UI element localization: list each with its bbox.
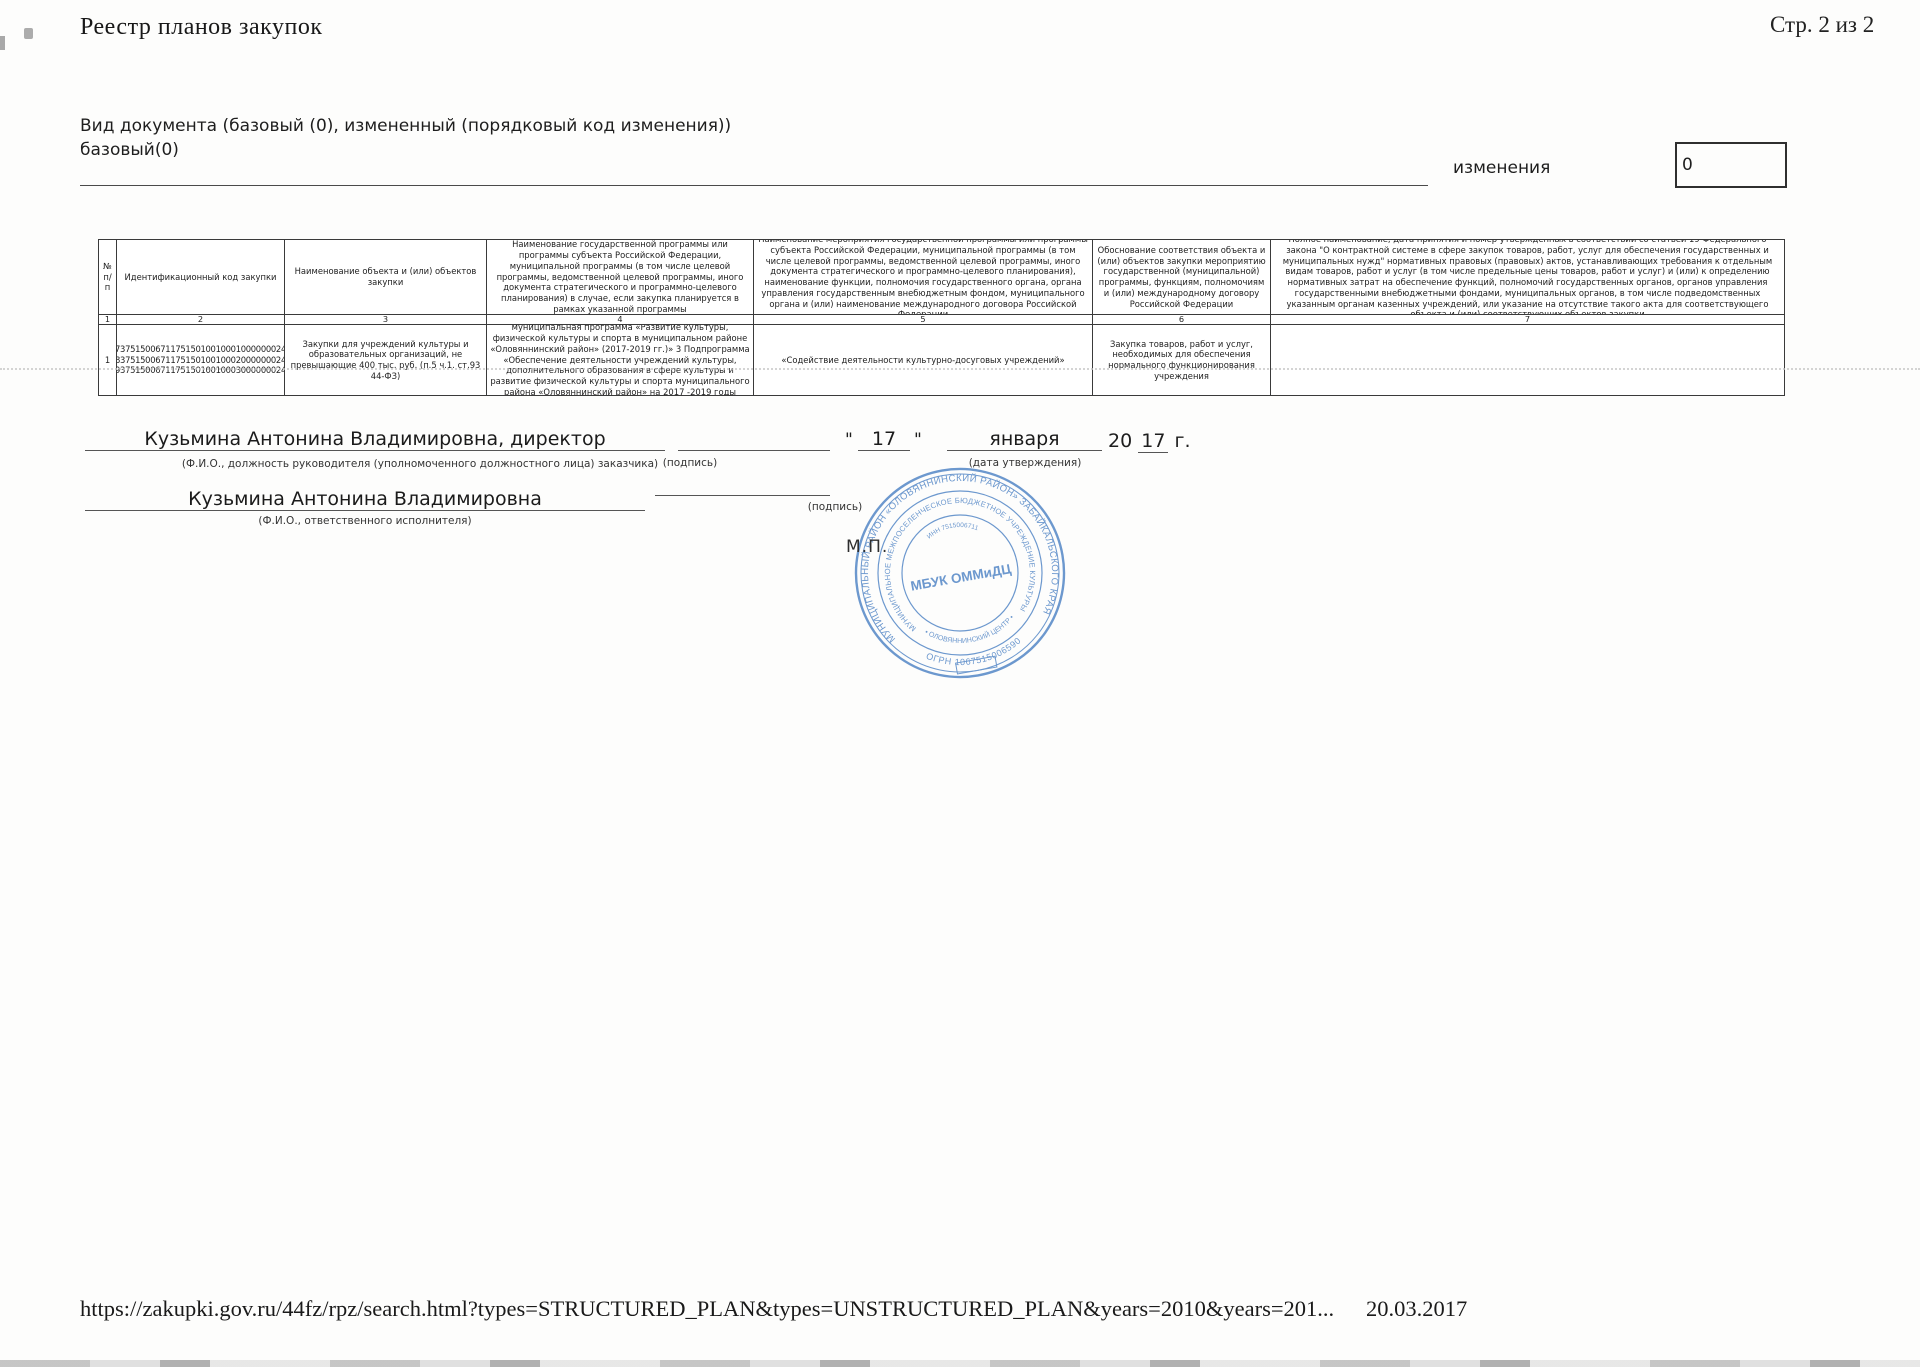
- year-value: 17: [1138, 430, 1168, 453]
- head-name: Кузьмина Антонина Владимировна, директор: [85, 428, 665, 452]
- col-header-measure: Наименование мероприятия государственной…: [754, 240, 1093, 315]
- year-prefix: 20: [1108, 430, 1132, 452]
- stamp-place-label: М.П.: [846, 537, 888, 557]
- row-justification-cell: Закупка товаров, работ и услуг, необходи…: [1093, 325, 1271, 395]
- year-suffix: г.: [1174, 430, 1190, 452]
- page-number: Стр. 2 из 2: [1770, 12, 1874, 38]
- row-id-codes-cell: 173751500671175150100100010000000244 183…: [117, 325, 285, 395]
- row-num-cell: 1: [99, 325, 117, 395]
- col-header-acts: Полное наименование, дата принятия и ном…: [1271, 240, 1784, 315]
- doc-type-rule: [80, 166, 1428, 186]
- row-object-cell: Закупки для учреждений культуры и образо…: [285, 325, 487, 395]
- scan-speck: [0, 36, 5, 50]
- scanned-document-page: Реестр планов закупок Стр. 2 из 2 Вид до…: [0, 0, 1920, 1367]
- col-header-object: Наименование объекта и (или) объектов за…: [285, 240, 487, 315]
- row-acts-cell: [1271, 325, 1784, 395]
- scan-edge-smudge: [0, 1360, 1920, 1367]
- approval-day: 17: [858, 428, 910, 451]
- doc-type-value: базовый(0): [80, 140, 179, 160]
- col-number: 4: [487, 315, 754, 325]
- organization-stamp: МУНИЦИПАЛЬНЫЙ РАЙОН «ОЛОВЯННИНСКИЙ РАЙОН…: [840, 453, 1080, 693]
- head-sign-rule: [678, 428, 830, 451]
- changes-value: 0: [1682, 155, 1693, 175]
- col-header-num: № п/п: [99, 240, 117, 315]
- col-header-id-code: Идентификационный код закупки: [117, 240, 285, 315]
- print-date: 20.03.2017: [1366, 1296, 1467, 1322]
- col-number: 5: [754, 315, 1093, 325]
- executor-name: Кузьмина Антонина Владимировна: [85, 488, 645, 512]
- row-program-cell: муниципальная программа «Развитие культу…: [487, 325, 754, 395]
- stamp-center-text: МБУК ОММиДЦ: [909, 561, 1012, 593]
- page-title: Реестр планов закупок: [80, 14, 322, 41]
- col-header-program: Наименование государственной программы и…: [487, 240, 754, 315]
- col-number: 7: [1271, 315, 1784, 325]
- date-open-quote: ": [845, 430, 853, 450]
- col-number: 6: [1093, 315, 1271, 325]
- col-number: 2: [117, 315, 285, 325]
- row-measure-cell: «Содействие деятельности культурно-досуг…: [754, 325, 1093, 395]
- procurement-plans-table: № п/п Идентификационный код закупки Наим…: [98, 239, 1785, 396]
- date-close-quote: ": [914, 430, 922, 450]
- col-number: 1: [99, 315, 117, 325]
- head-name-caption: (Ф.И.О., должность руководителя (уполном…: [85, 458, 755, 470]
- scan-speck: [24, 28, 33, 39]
- source-url: https://zakupki.gov.ru/44fz/rpz/search.h…: [80, 1296, 1355, 1322]
- scan-fold-line: [0, 368, 1920, 370]
- approval-year: 20 17 г.: [1108, 430, 1191, 453]
- col-header-justification: Обоснование соответствия объекта и (или)…: [1093, 240, 1271, 315]
- changes-label: изменения: [1453, 158, 1550, 178]
- changes-value-box: 0: [1675, 142, 1787, 188]
- executor-sign-rule: [655, 474, 830, 496]
- col-number: 3: [285, 315, 487, 325]
- doc-type-label: Вид документа (базовый (0), измененный (…: [80, 116, 731, 136]
- approval-month: января: [947, 428, 1102, 451]
- executor-name-caption: (Ф.И.О., ответственного исполнителя): [85, 515, 645, 527]
